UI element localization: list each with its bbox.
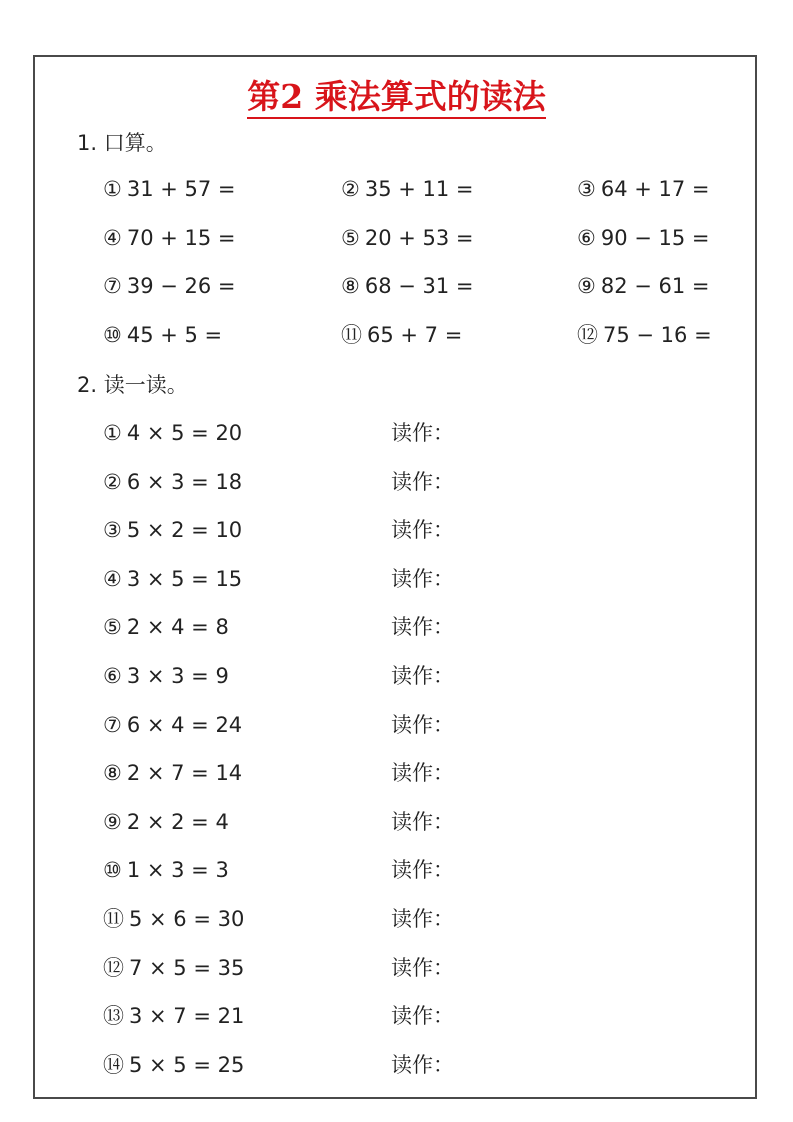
read-as-answer-field[interactable]: 读作： (391, 517, 454, 543)
multiplication-equation: ②6 × 3 = 18 (103, 469, 242, 495)
problem-number: ① (103, 176, 122, 202)
problem-number: ⑫ (577, 322, 598, 348)
problem-number: ⑭ (103, 1052, 124, 1078)
problem-number: ⑪ (103, 906, 124, 932)
multiplication-equation: ⑩1 × 3 = 3 (103, 857, 229, 883)
problem-number: ⑨ (103, 809, 122, 835)
problem-expression: 31 + 57 = (127, 177, 236, 201)
problem-expression: 90 − 15 = (601, 226, 710, 250)
multiplication-equation: ①4 × 5 = 20 (103, 420, 242, 446)
read-as-answer-field[interactable]: 读作： (391, 566, 454, 592)
read-as-answer-field[interactable]: 读作： (391, 955, 454, 981)
arithmetic-problem: ④70 + 15 = (103, 225, 236, 251)
problem-number: ⑪ (341, 322, 362, 348)
equation-text: 4 × 5 = 20 (127, 421, 242, 445)
equation-text: 2 × 4 = 8 (127, 615, 229, 639)
read-as-answer-field[interactable]: 读作： (391, 663, 454, 689)
problem-number: ③ (577, 176, 596, 202)
read-as-answer-field[interactable]: 读作： (391, 809, 454, 835)
problem-number: ⑩ (103, 857, 122, 883)
problem-number: ① (103, 420, 122, 446)
equation-text: 5 × 5 = 25 (129, 1053, 244, 1077)
problem-number: ④ (103, 225, 122, 251)
multiplication-equation: ⑭5 × 5 = 25 (103, 1052, 244, 1078)
read-as-answer-field[interactable]: 读作： (391, 1052, 454, 1078)
problem-expression: 45 + 5 = (127, 323, 222, 347)
section2-heading: 2. 读一读。 (77, 372, 188, 398)
read-as-answer-field[interactable]: 读作： (391, 857, 454, 883)
problem-number: ② (341, 176, 360, 202)
problem-number: ⑩ (103, 322, 122, 348)
arithmetic-problem: ⑦39 − 26 = (103, 273, 236, 299)
multiplication-equation: ⑤2 × 4 = 8 (103, 614, 229, 640)
multiplication-equation: ⑨2 × 2 = 4 (103, 809, 229, 835)
page-title: 第2 乘法算式的读法 (0, 76, 793, 118)
multiplication-equation: ⑦6 × 4 = 24 (103, 712, 242, 738)
read-as-answer-field[interactable]: 读作： (391, 614, 454, 640)
equation-text: 7 × 5 = 35 (129, 956, 244, 980)
multiplication-equation: ⑬3 × 7 = 21 (103, 1003, 244, 1029)
problem-number: ⑨ (577, 273, 596, 299)
multiplication-equation: ⑥3 × 3 = 9 (103, 663, 229, 689)
equation-text: 2 × 7 = 14 (127, 761, 242, 785)
read-as-answer-field[interactable]: 读作： (391, 760, 454, 786)
problem-expression: 70 + 15 = (127, 226, 236, 250)
problem-expression: 35 + 11 = (365, 177, 474, 201)
equation-text: 5 × 6 = 30 (129, 907, 244, 931)
multiplication-equation: ④3 × 5 = 15 (103, 566, 242, 592)
problem-number: ④ (103, 566, 122, 592)
read-as-answer-field[interactable]: 读作： (391, 906, 454, 932)
problem-expression: 82 − 61 = (601, 274, 710, 298)
problem-number: ⑤ (341, 225, 360, 251)
equation-text: 2 × 2 = 4 (127, 810, 229, 834)
arithmetic-problem: ①31 + 57 = (103, 176, 236, 202)
problem-number: ⑧ (103, 760, 122, 786)
problem-number: ⑥ (103, 663, 122, 689)
section1-heading: 1. 口算。 (77, 130, 167, 156)
problem-expression: 64 + 17 = (601, 177, 710, 201)
arithmetic-problem: ⑥90 − 15 = (577, 225, 710, 251)
arithmetic-problem: ②35 + 11 = (341, 176, 474, 202)
problem-number: ② (103, 469, 122, 495)
equation-text: 6 × 4 = 24 (127, 713, 242, 737)
arithmetic-problem: ⑧68 − 31 = (341, 273, 474, 299)
read-as-answer-field[interactable]: 读作： (391, 1003, 454, 1029)
multiplication-equation: ③5 × 2 = 10 (103, 517, 242, 543)
read-as-answer-field[interactable]: 读作： (391, 712, 454, 738)
read-as-answer-field[interactable]: 读作： (391, 420, 454, 446)
multiplication-equation: ⑫7 × 5 = 35 (103, 955, 244, 981)
multiplication-equation: ⑧2 × 7 = 14 (103, 760, 242, 786)
equation-text: 3 × 7 = 21 (129, 1004, 244, 1028)
problem-number: ⑦ (103, 273, 122, 299)
problem-number: ⑦ (103, 712, 122, 738)
problem-expression: 65 + 7 = (367, 323, 462, 347)
problem-expression: 20 + 53 = (365, 226, 474, 250)
equation-text: 3 × 5 = 15 (127, 567, 242, 591)
arithmetic-problem: ③64 + 17 = (577, 176, 710, 202)
equation-text: 5 × 2 = 10 (127, 518, 242, 542)
arithmetic-problem: ⑫75 − 16 = (577, 322, 712, 348)
problem-expression: 75 − 16 = (603, 323, 712, 347)
problem-number: ⑫ (103, 955, 124, 981)
arithmetic-problem: ⑨82 − 61 = (577, 273, 710, 299)
multiplication-equation: ⑪5 × 6 = 30 (103, 906, 244, 932)
problem-expression: 68 − 31 = (365, 274, 474, 298)
problem-number: ⑬ (103, 1003, 124, 1029)
problem-number: ⑤ (103, 614, 122, 640)
read-as-answer-field[interactable]: 读作： (391, 469, 454, 495)
arithmetic-problem: ⑩45 + 5 = (103, 322, 222, 348)
equation-text: 3 × 3 = 9 (127, 664, 229, 688)
arithmetic-problem: ⑪65 + 7 = (341, 322, 462, 348)
equation-text: 1 × 3 = 3 (127, 858, 229, 882)
equation-text: 6 × 3 = 18 (127, 470, 242, 494)
arithmetic-problem: ⑤20 + 53 = (341, 225, 474, 251)
problem-expression: 39 − 26 = (127, 274, 236, 298)
problem-number: ⑥ (577, 225, 596, 251)
problem-number: ③ (103, 517, 122, 543)
problem-number: ⑧ (341, 273, 360, 299)
